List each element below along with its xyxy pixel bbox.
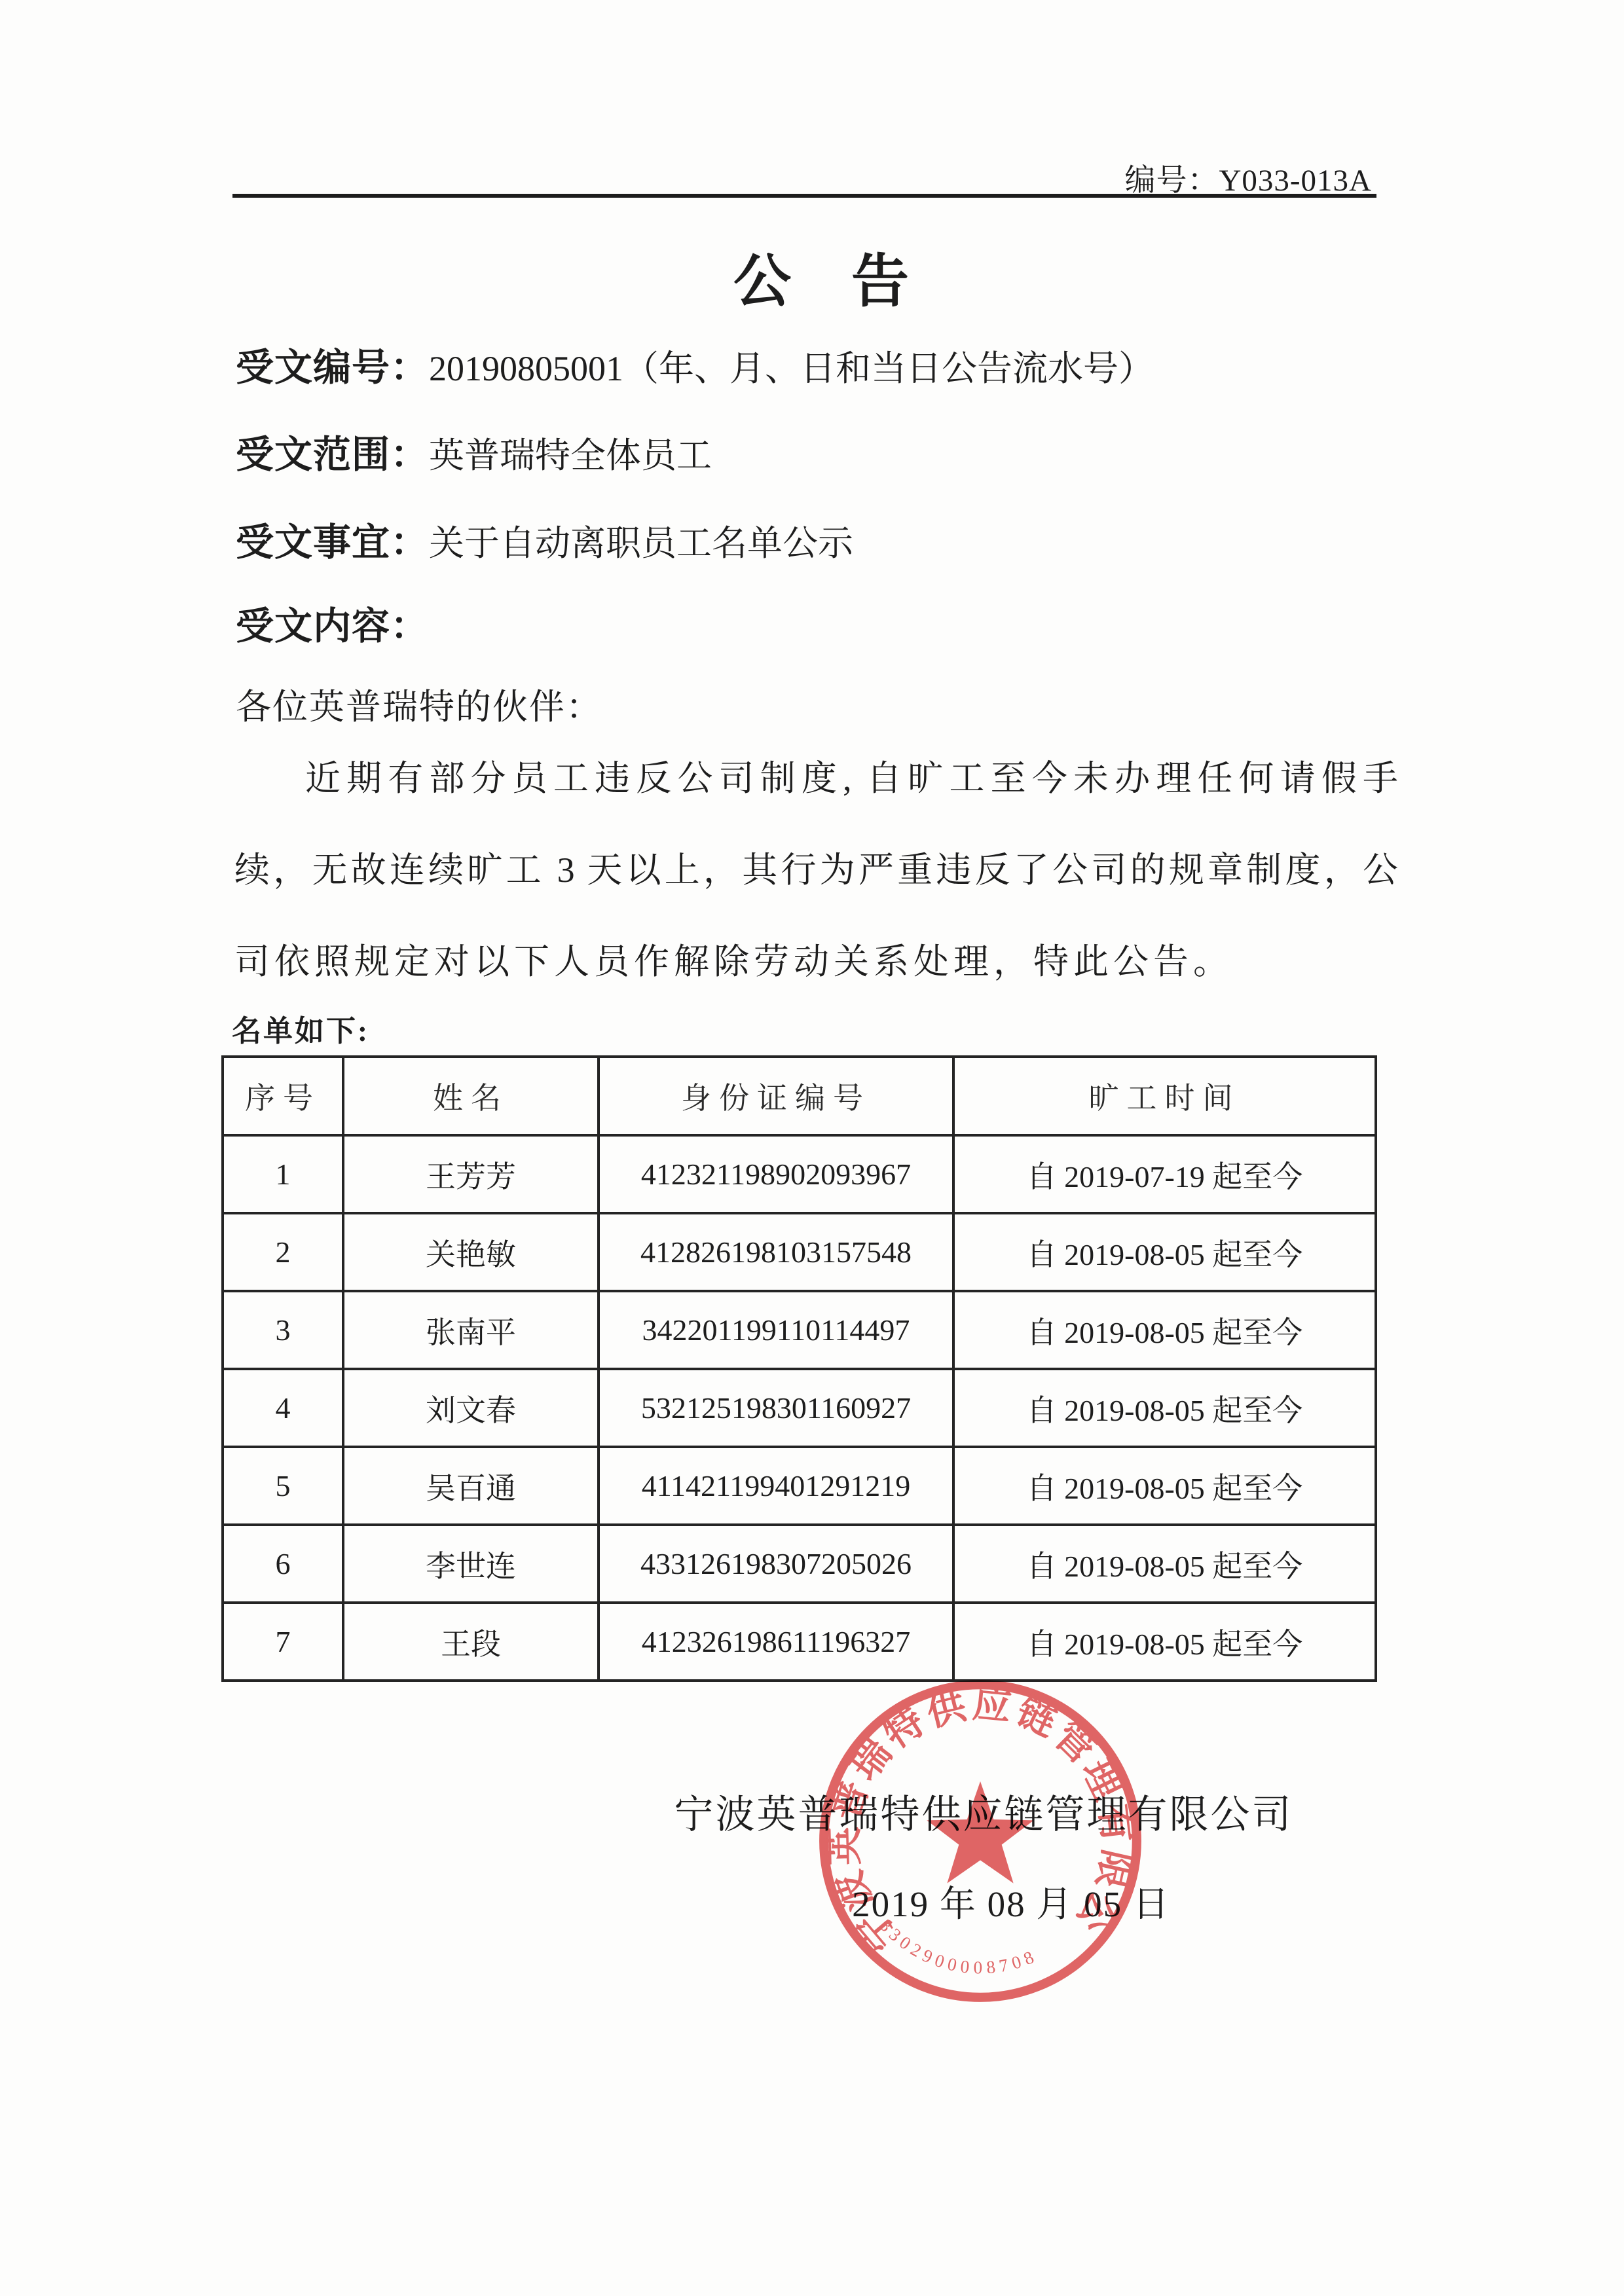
meta-value: 20190805001（年、月、日和当日公告流水号） <box>429 349 1154 388</box>
table-cell: 412321198902093967 <box>599 1135 953 1213</box>
table-cell: 自 2019-08-05 起至今 <box>953 1525 1376 1603</box>
table-cell: 刘文春 <box>343 1369 599 1447</box>
table-cell: 自 2019-08-05 起至今 <box>953 1447 1376 1525</box>
header-rule <box>232 194 1376 198</box>
table-header-row: 序号姓名身份证编号旷工时间 <box>223 1057 1376 1135</box>
table-row: 7王段412326198611196327自 2019-08-05 起至今 <box>223 1603 1376 1681</box>
table-header-cell: 旷工时间 <box>953 1057 1376 1135</box>
table-row: 1王芳芳412321198902093967自 2019-07-19 起至今 <box>223 1135 1376 1213</box>
table-row: 5吴百通411421199401291219自 2019-08-05 起至今 <box>223 1447 1376 1525</box>
table-row: 4刘文春532125198301160927自 2019-08-05 起至今 <box>223 1369 1376 1447</box>
meta-label: 受文范围： <box>236 433 429 476</box>
table-cell: 4 <box>223 1369 343 1447</box>
table-cell: 412326198611196327 <box>599 1603 953 1681</box>
meta-label: 受文事宜： <box>236 521 429 564</box>
list-label: 名单如下: <box>232 1007 369 1049</box>
table-head: 序号姓名身份证编号旷工时间 <box>223 1057 1376 1135</box>
table-cell: 411421199401291219 <box>599 1447 953 1525</box>
table-cell: 自 2019-08-05 起至今 <box>953 1603 1376 1681</box>
table-cell: 关艳敏 <box>343 1213 599 1291</box>
table-header-cell: 身份证编号 <box>599 1057 953 1135</box>
table-row: 3张南平342201199110114497自 2019-08-05 起至今 <box>223 1291 1376 1369</box>
table-cell: 342201199110114497 <box>599 1291 953 1369</box>
document-page: 编号：Y033-013A 公 告 受文编号：20190805001（年、月、日和… <box>0 0 1624 2296</box>
table-cell: 6 <box>223 1525 343 1603</box>
table-cell: 王芳芳 <box>343 1135 599 1213</box>
table-cell: 7 <box>223 1603 343 1681</box>
company-seal: 宁波英普瑞特供应链管理有限公司 3302900008708 <box>815 1675 1146 2007</box>
meta-value: 关于自动离职员工名单公示 <box>429 524 853 563</box>
table-cell: 3 <box>223 1291 343 1369</box>
table-cell: 自 2019-08-05 起至今 <box>953 1291 1376 1369</box>
table-cell: 李世连 <box>343 1525 599 1603</box>
doc-number: 编号：Y033-013A <box>1124 156 1372 200</box>
table-cell: 1 <box>223 1135 343 1213</box>
table-row: 2关艳敏412826198103157548自 2019-08-05 起至今 <box>223 1213 1376 1291</box>
signature-date: 2019 年 08 月 05 日 <box>852 1875 1170 1927</box>
table-cell: 自 2019-07-19 起至今 <box>953 1135 1376 1213</box>
meta-line-content: 受文内容： <box>236 595 429 650</box>
meta-value: 英普瑞特全体员工 <box>429 436 712 475</box>
absentee-table: 序号姓名身份证编号旷工时间 1王芳芳412321198902093967自 20… <box>221 1055 1377 1682</box>
salutation: 各位英普瑞特的伙伴： <box>236 679 602 729</box>
table-cell: 412826198103157548 <box>599 1213 953 1291</box>
table-cell: 433126198307205026 <box>599 1525 953 1603</box>
table-cell: 自 2019-08-05 起至今 <box>953 1213 1376 1291</box>
meta-line-scope: 受文范围：英普瑞特全体员工 <box>236 424 712 479</box>
body-line-1: 近期有部分员工违反公司制度, 自旷工至今未办理任何请假手 <box>234 759 1398 798</box>
table-cell: 2 <box>223 1213 343 1291</box>
table-header-cell: 序号 <box>223 1057 343 1135</box>
table-cell: 王段 <box>343 1603 599 1681</box>
table-cell: 自 2019-08-05 起至今 <box>953 1369 1376 1447</box>
table-header-cell: 姓名 <box>343 1057 599 1135</box>
table-body: 1王芳芳412321198902093967自 2019-07-19 起至今2关… <box>223 1135 1376 1681</box>
meta-line-doc-id: 受文编号：20190805001（年、月、日和当日公告流水号） <box>236 337 1154 392</box>
meta-label: 受文内容： <box>236 605 429 647</box>
body-line-3: 司依照规定对以下人员作解除劳动关系处理，特此公告。 <box>234 942 1398 981</box>
table-cell: 5 <box>223 1447 343 1525</box>
table-cell: 532125198301160927 <box>599 1369 953 1447</box>
meta-line-subject: 受文事宜：关于自动离职员工名单公示 <box>236 511 853 566</box>
signature-company: 宁波英普瑞特供应链管理有限公司 <box>674 1783 1293 1840</box>
body-line-2: 续，无故连续旷工 3 天以上，其行为严重违反了公司的规章制度，公 <box>234 850 1398 890</box>
table-row: 6李世连433126198307205026自 2019-08-05 起至今 <box>223 1525 1376 1603</box>
page-title: 公 告 <box>0 236 1624 318</box>
meta-label: 受文编号： <box>236 346 429 389</box>
table-cell: 张南平 <box>343 1291 599 1369</box>
table-cell: 吴百通 <box>343 1447 599 1525</box>
seal-ring <box>824 1685 1137 1997</box>
